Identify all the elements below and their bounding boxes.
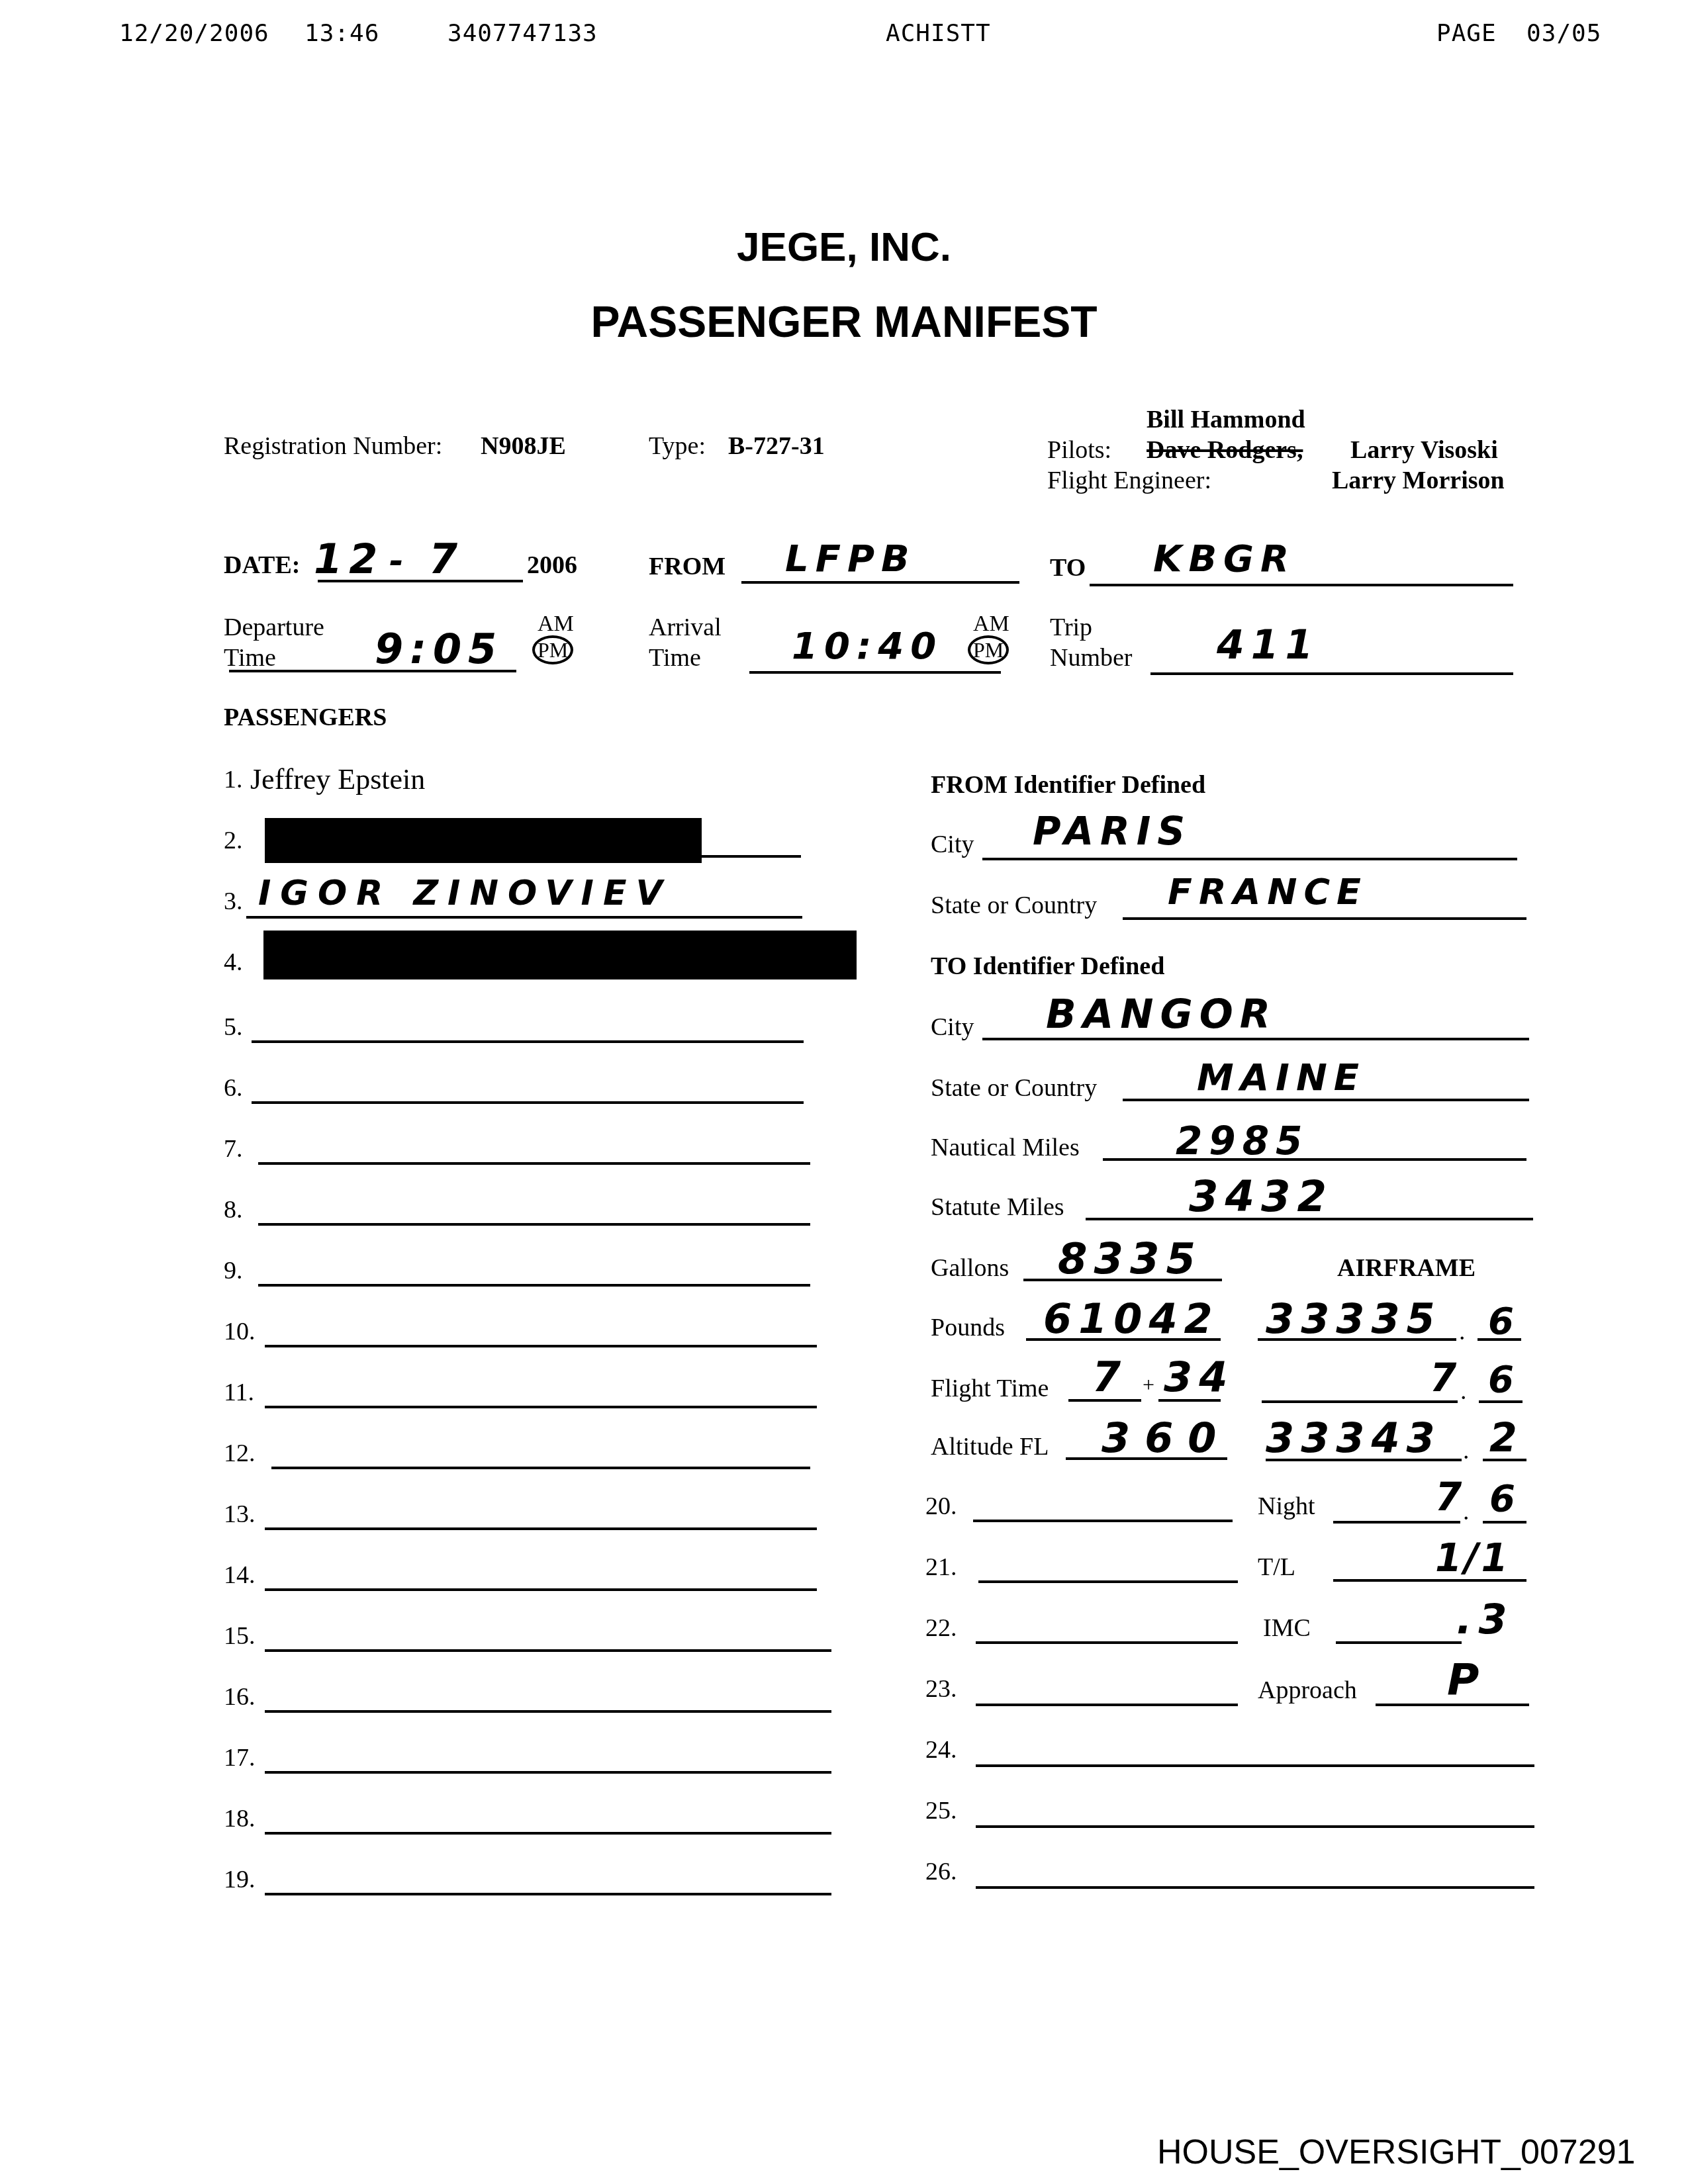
airframe-flight-time-tenth: 6 (1488, 1358, 1521, 1401)
passenger-number: 16. (224, 1682, 256, 1711)
passenger-line (258, 1223, 810, 1226)
flight-time-hours: 7 (1092, 1353, 1127, 1401)
passenger-number: 22. (925, 1614, 957, 1643)
passenger-number: 6. (224, 1073, 243, 1103)
airframe-pounds-tenth: 6 (1488, 1300, 1521, 1343)
pilot-struck: Dave Rodgers, (1147, 435, 1303, 465)
pilot-added: Bill Hammond (1147, 405, 1305, 434)
pounds-underline (1026, 1338, 1221, 1341)
from-state-underline (1123, 917, 1526, 920)
from-city-value: PARIS (1033, 809, 1192, 854)
nautical-miles-value: 2985 (1176, 1118, 1309, 1163)
from-city-underline (982, 858, 1517, 860)
passenger-number: 7. (224, 1134, 243, 1163)
departure-label-1: Departure (224, 613, 324, 642)
from-value: LFPB (785, 537, 916, 580)
passenger-number: 17. (224, 1743, 256, 1772)
flight-time-label: Flight Time (931, 1374, 1049, 1403)
altitude-value: 360 (1102, 1414, 1231, 1462)
passenger-line (265, 1649, 831, 1652)
passenger-number: 12. (224, 1439, 256, 1468)
passenger-line (265, 1771, 831, 1774)
passenger-line (976, 1886, 1534, 1889)
trip-label-1: Trip (1050, 613, 1092, 642)
type-label: Type: (649, 432, 706, 461)
from-city-label: City (931, 830, 974, 859)
pilot-2: Larry Visoski (1350, 435, 1498, 465)
passenger-line (265, 1710, 831, 1713)
tl-value: 1/1 (1435, 1535, 1511, 1580)
trip-value: 411 (1217, 622, 1319, 668)
tl-underline (1333, 1579, 1526, 1582)
passenger-number: 8. (224, 1195, 243, 1224)
passenger-number: 25. (925, 1796, 957, 1825)
pounds-label: Pounds (931, 1313, 1005, 1342)
registration-label: Registration Number: (224, 432, 442, 461)
passenger-number: 9. (224, 1256, 243, 1285)
passenger-number: 4. (224, 948, 243, 977)
date-month: 12 (314, 535, 384, 583)
flight-time-minutes: 34 (1164, 1353, 1234, 1401)
approach-value: P (1447, 1655, 1485, 1706)
decimal-point: . (1463, 1436, 1470, 1465)
fax-page: PAGE 03/05 (1436, 20, 1601, 47)
departure-underline (229, 670, 516, 672)
arrival-value: 10:40 (792, 625, 943, 668)
decimal-point: . (1463, 1497, 1470, 1526)
nautical-miles-underline (1103, 1158, 1526, 1161)
company-name: JEGE, INC. (0, 224, 1688, 271)
arrival-label-2: Time (649, 643, 701, 672)
imc-value: .3 (1456, 1595, 1514, 1643)
night-tenth-underline (1483, 1521, 1526, 1524)
passenger-number: 26. (925, 1857, 957, 1886)
to-state-value: MAINE (1197, 1056, 1366, 1099)
trip-underline (1150, 672, 1513, 675)
date-underline (318, 580, 523, 582)
departure-pm-circled: PM (532, 635, 573, 664)
passenger-line (702, 855, 801, 858)
airframe-altitude-tenth: 2 (1489, 1415, 1524, 1461)
statute-miles-label: Statute Miles (931, 1193, 1064, 1222)
to-state-label: State or Country (931, 1073, 1097, 1103)
passengers-heading: PASSENGERS (224, 703, 387, 732)
passenger-number: 18. (224, 1804, 256, 1833)
registration-value: N908JE (481, 432, 566, 461)
nautical-miles-label: Nautical Miles (931, 1133, 1080, 1162)
date-year: 2006 (527, 551, 577, 580)
passenger-line (265, 1527, 817, 1530)
from-underline (741, 581, 1019, 584)
engineer-value: Larry Morrison (1332, 466, 1505, 495)
airframe-pounds-underline (1258, 1338, 1456, 1341)
statute-miles-value: 3432 (1189, 1173, 1333, 1222)
from-state-label: State or Country (931, 891, 1097, 920)
bates-number: HOUSE_OVERSIGHT_007291 (1157, 2132, 1636, 2172)
pounds-value: 61042 (1043, 1295, 1219, 1343)
passenger-line (978, 1580, 1238, 1583)
passenger-line (973, 1520, 1233, 1522)
pilots-label: Pilots: (1047, 435, 1111, 465)
passenger-number: 10. (224, 1317, 256, 1346)
type-value: B-727-31 (728, 432, 825, 461)
redaction-bar (265, 818, 702, 863)
airframe-flight-time-underline (1262, 1400, 1458, 1403)
approach-label: Approach (1258, 1676, 1357, 1705)
arrival-pm-circled: PM (968, 635, 1009, 664)
flight-time-plus: + (1143, 1373, 1154, 1397)
fax-sender: ACHISTT (886, 20, 991, 47)
decimal-point: . (1460, 1377, 1467, 1406)
arrival-label-1: Arrival (649, 613, 722, 642)
airframe-altitude-whole: 33343 (1266, 1414, 1442, 1462)
passenger-line (265, 1345, 817, 1347)
arrival-am: AM (973, 612, 1009, 637)
passenger-line (976, 1764, 1534, 1767)
statute-miles-underline (1086, 1218, 1533, 1220)
passenger-line (265, 1406, 817, 1408)
date-day: 7 (429, 535, 464, 583)
passenger-number: 24. (925, 1735, 957, 1764)
departure-label-2: Time (224, 643, 276, 672)
date-label: DATE: (224, 551, 300, 580)
passenger-number: 13. (224, 1500, 256, 1529)
airframe-flight-time-whole: 7 (1430, 1355, 1463, 1400)
passenger-line (265, 1832, 831, 1835)
passenger-line (265, 1893, 831, 1895)
decimal-point: . (1459, 1317, 1466, 1346)
passenger-number: 1. (224, 765, 243, 794)
to-underline (1090, 584, 1513, 586)
to-value: KBGR (1153, 537, 1295, 580)
airframe-flight-time-tenth-underline (1479, 1400, 1523, 1403)
airframe-altitude-underline (1266, 1459, 1462, 1461)
gallons-underline (1023, 1279, 1222, 1281)
airframe-pounds-tenth-underline (1477, 1338, 1521, 1341)
passenger-number: 23. (925, 1674, 957, 1704)
airframe-altitude-tenth-underline (1483, 1459, 1526, 1461)
from-label: FROM (649, 552, 726, 581)
tl-label: T/L (1258, 1553, 1295, 1582)
to-city-underline (982, 1038, 1529, 1040)
to-label: TO (1050, 553, 1086, 582)
passenger-number: 15. (224, 1621, 256, 1651)
to-state-underline (1123, 1099, 1529, 1101)
imc-underline (1336, 1641, 1462, 1644)
airframe-heading: AIRFRAME (1337, 1253, 1476, 1283)
passenger-name: Jeffrey Epstein (250, 762, 425, 796)
passenger-line (258, 1162, 810, 1165)
arrival-underline-main (749, 671, 1001, 674)
passenger-line (976, 1825, 1534, 1828)
altitude-underline (1066, 1457, 1227, 1460)
fax-phone: 3407747133 (447, 20, 598, 47)
passenger-name: IGOR ZINOVIEV (258, 874, 672, 913)
passenger-line (258, 1284, 810, 1287)
night-label: Night (1258, 1492, 1315, 1521)
passenger-number: 2. (224, 826, 243, 855)
engineer-label: Flight Engineer: (1047, 466, 1211, 495)
departure-am: AM (538, 612, 574, 637)
imc-label: IMC (1263, 1614, 1311, 1643)
passenger-line (246, 916, 802, 919)
airframe-pounds-whole: 33335 (1266, 1295, 1442, 1343)
to-identifier-heading: TO Identifier Defined (931, 952, 1164, 981)
fax-time: 13:46 (305, 20, 379, 47)
passenger-line (271, 1467, 810, 1469)
flight-time-minutes-underline (1158, 1399, 1221, 1402)
page-title: PASSENGER MANIFEST (0, 296, 1688, 347)
fax-date: 12/20/2006 (119, 20, 269, 47)
redaction-bar (263, 931, 857, 979)
passenger-line (252, 1101, 804, 1104)
passenger-line (265, 1588, 817, 1591)
from-state-value: FRANCE (1168, 871, 1368, 913)
to-city-value: BANGOR (1046, 991, 1277, 1038)
passenger-number: 19. (224, 1865, 256, 1894)
passenger-number: 21. (925, 1553, 957, 1582)
approach-underline (1376, 1704, 1529, 1706)
gallons-label: Gallons (931, 1253, 1009, 1283)
passenger-line (976, 1704, 1238, 1706)
to-city-label: City (931, 1013, 974, 1042)
altitude-label: Altitude FL (931, 1432, 1049, 1461)
departure-value: 9:05 (375, 625, 503, 673)
passenger-number: 14. (224, 1561, 256, 1590)
night-underline (1333, 1521, 1460, 1524)
gallons-value: 8335 (1058, 1235, 1202, 1284)
trip-label-2: Number (1050, 643, 1133, 672)
passenger-line (252, 1040, 804, 1043)
passenger-number: 11. (224, 1378, 254, 1407)
passenger-number: 5. (224, 1013, 243, 1042)
passenger-number: 3. (224, 887, 243, 916)
passenger-number: 20. (925, 1492, 957, 1521)
date-separator: - (389, 541, 410, 581)
passenger-line (976, 1641, 1238, 1644)
night-tenth: 6 (1489, 1477, 1522, 1520)
flight-time-hours-underline (1068, 1399, 1141, 1402)
from-identifier-heading: FROM Identifier Defined (931, 770, 1205, 799)
